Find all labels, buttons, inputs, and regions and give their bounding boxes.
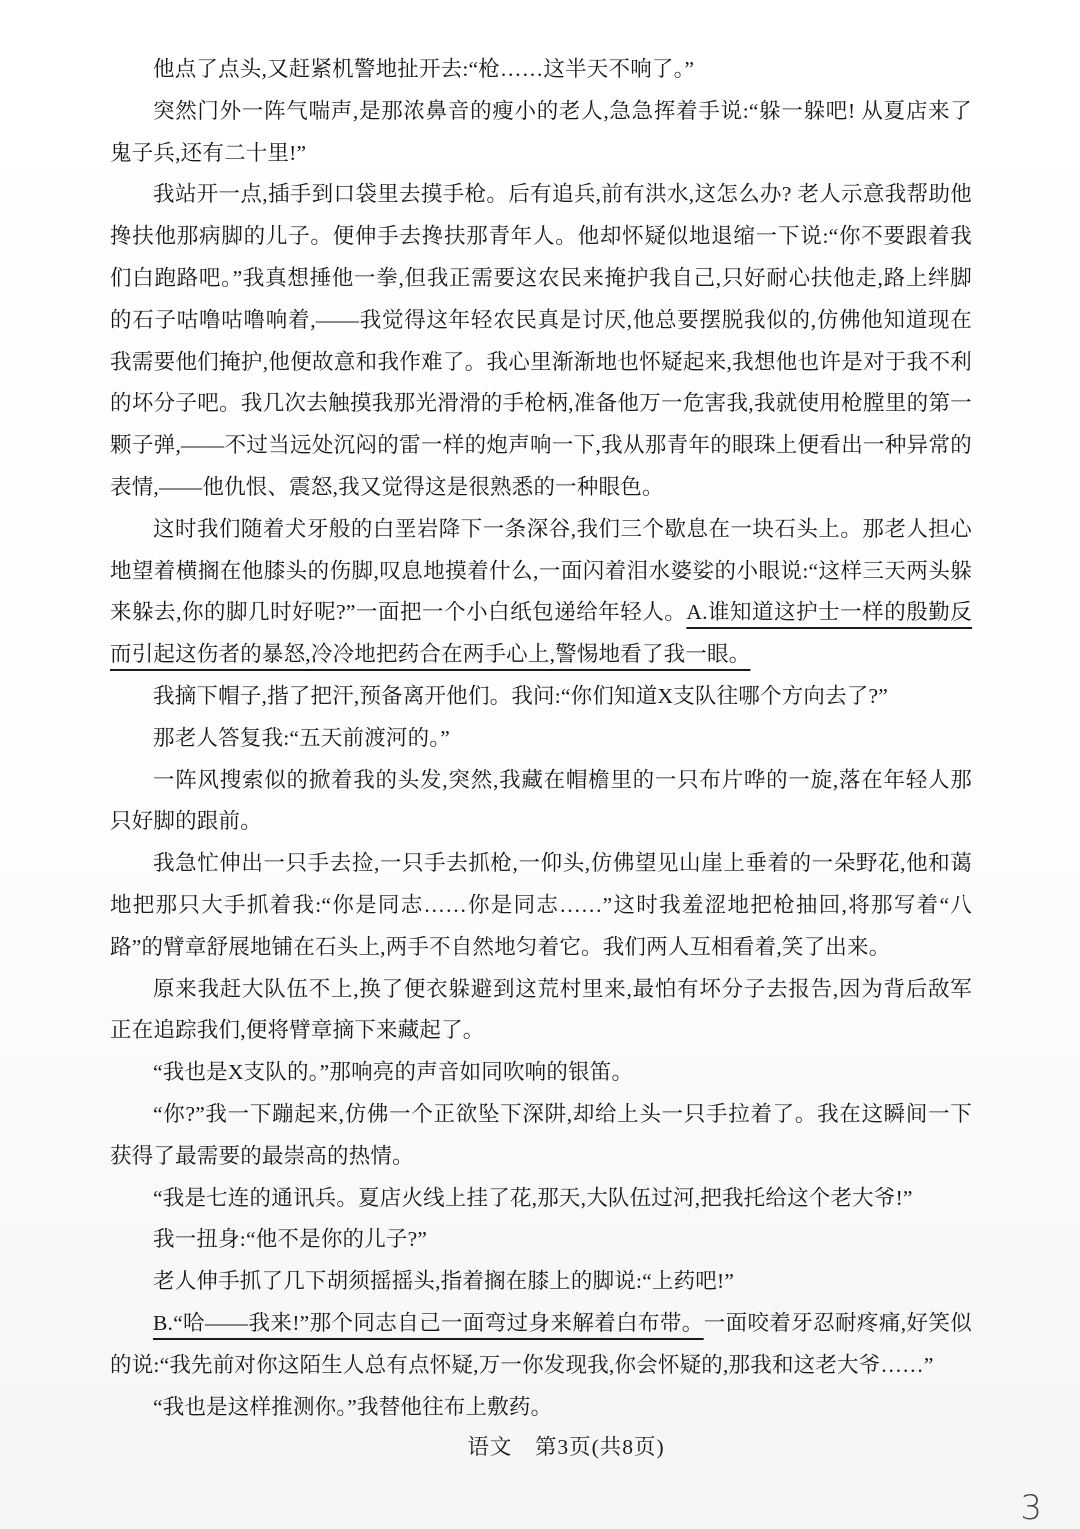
text-segment: “我也是X支队的。”那响亮的声音如同吹响的银笛。 [153,1060,633,1084]
text-segment: 原来我赶大队伍不上,换了便衣躲避到这荒村里来,最怕有坏分子去报告,因为背后敌军正… [110,977,972,1043]
text-segment: “你?”我一下蹦起来,仿佛一个正欲坠下深阱,却给上头一只手拉着了。我在这瞬间一下… [110,1102,972,1168]
paragraph: 我一扭身:“他不是你的儿子?” [110,1219,972,1261]
paragraph: B.“哈——我来!”那个同志自己一面弯过身来解着白布带。一面咬着牙忍耐疼痛,好笑… [110,1303,972,1387]
text-segment: 我摘下帽子,揩了把汗,预备离开他们。我问:“你们知道X支队往哪个方向去了?” [153,684,888,708]
paragraph: “我是七连的通讯兵。夏店火线上挂了花,那天,大队伍过河,把我托给这个老大爷!” [110,1178,972,1220]
text-segment: “我也是这样推测你。”我替他往布上敷药。 [153,1395,552,1419]
text-segment: 我急忙伸出一只手去捡,一只手去抓枪,一仰头,仿佛望见山崖上垂着的一朵野花,他和蔼… [110,851,972,959]
paragraph: 我摘下帽子,揩了把汗,预备离开他们。我问:“你们知道X支队往哪个方向去了?” [110,676,972,718]
reading-passage: 他点了点头,又赶紧机警地扯开去:“枪……这半天不响了。”突然门外一阵气喘声,是那… [110,49,972,1428]
scanned-exam-page: 他点了点头,又赶紧机警地扯开去:“枪……这半天不响了。”突然门外一阵气喘声,是那… [0,0,1080,1529]
text-segment: 突然门外一阵气喘声,是那浓鼻音的瘦小的老人,急急挥着手说:“躲一躲吧! 从夏店来… [110,99,972,165]
paragraph: 突然门外一阵气喘声,是那浓鼻音的瘦小的老人,急急挥着手说:“躲一躲吧! 从夏店来… [110,91,972,175]
text-segment: 一阵风搜索似的掀着我的头发,突然,我藏在帽檐里的一只布片哗的一旋,落在年轻人那只… [110,768,972,834]
paragraph: “我也是这样推测你。”我替他往布上敷药。 [110,1387,972,1429]
text-segment: 我一扭身:“他不是你的儿子?” [153,1227,427,1251]
paragraph: 原来我赶大队伍不上,换了便衣躲避到这荒村里来,最怕有坏分子去报告,因为背后敌军正… [110,969,972,1053]
paragraph: “我也是X支队的。”那响亮的声音如同吹响的银笛。 [110,1052,972,1094]
paragraph: 我站开一点,插手到口袋里去摸手枪。后有追兵,前有洪水,这怎么办? 老人示意我帮助… [110,174,972,508]
paragraph: 那老人答复我:“五天前渡河的。” [110,718,972,760]
text-segment: 那老人答复我:“五天前渡河的。” [153,726,450,750]
paragraph: 我急忙伸出一只手去捡,一只手去抓枪,一仰头,仿佛望见山崖上垂着的一朵野花,他和蔼… [110,843,972,968]
underlined-passage: B.“哈——我来!”那个同志自己一面弯过身来解着白布带。 [153,1311,704,1335]
text-segment: 老人伸手抓了几下胡须摇摇头,指着搁在膝上的脚说:“上药吧!” [153,1269,734,1293]
page-footer: 语文 第3页(共8页) [135,1432,997,1462]
paragraph: “你?”我一下蹦起来,仿佛一个正欲坠下深阱,却给上头一只手拉着了。我在这瞬间一下… [110,1094,972,1178]
paragraph: 这时我们随着犬牙般的白垩岩降下一条深谷,我们三个歇息在一块石头上。那老人担心地望… [110,509,972,676]
paragraph: 一阵风搜索似的掀着我的头发,突然,我藏在帽檐里的一只布片哗的一旋,落在年轻人那只… [110,760,972,844]
text-segment: “我是七连的通讯兵。夏店火线上挂了花,那天,大队伍过河,把我托给这个老大爷!” [153,1186,913,1210]
scan-corner-page-number: 3 [1020,1491,1042,1525]
text-segment: 他点了点头,又赶紧机警地扯开去:“枪……这半天不响了。” [153,57,694,81]
text-segment: 我站开一点,插手到口袋里去摸手枪。后有追兵,前有洪水,这怎么办? 老人示意我帮助… [110,182,972,499]
paragraph: 他点了点头,又赶紧机警地扯开去:“枪……这半天不响了。” [110,49,972,91]
paragraph: 老人伸手抓了几下胡须摇摇头,指着搁在膝上的脚说:“上药吧!” [110,1261,972,1303]
